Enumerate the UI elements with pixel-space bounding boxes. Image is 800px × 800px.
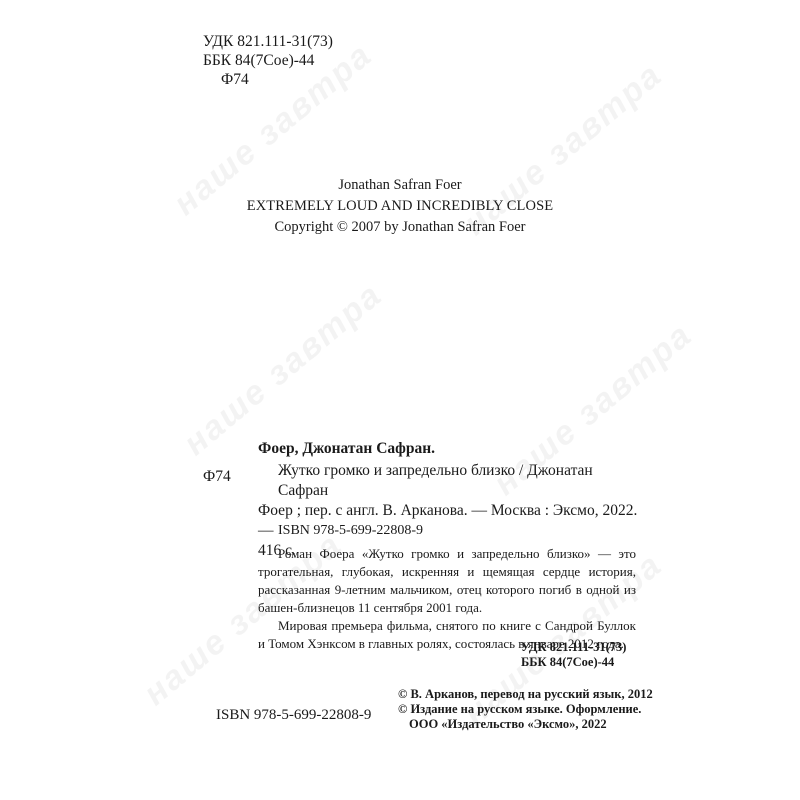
isbn-bottom: ISBN 978-5-699-22808-9 [216,707,371,724]
bbk-code: ББК 84(7Сое)-44 [521,655,626,670]
udk-code: УДК 821.111-31(73) [203,32,333,51]
original-author: Jonathan Safran Foer [0,175,800,196]
copyright-line: © В. Арканов, перевод на русский язык, 2… [398,687,653,702]
annotation-paragraph: Роман Фоера «Жутко громко и запредельно … [258,545,636,617]
catalog-isbn: ISBN 978-5-699-22808-9 [278,523,423,539]
catalog-heading: Фоер, Джонатан Сафран. [258,440,435,458]
bbk-code: ББК 84(7Сое)-44 [203,51,333,70]
copyright-line: ООО «Издательство «Эксмо», 2022 [398,717,653,732]
udk-code: УДК 821.111-31(73) [521,640,626,655]
original-title: EXTREMELY LOUD AND INCREDIBLY CLOSE [0,196,800,217]
copyright-line: © Издание на русском языке. Оформление. [398,702,653,717]
watermark: наше завтра [176,275,390,463]
catalog-line: Жутко громко и запредельно близко / Джон… [258,461,638,501]
original-copyright: Copyright © 2007 by Jonathan Safran Foer [0,217,800,238]
top-classification-codes: УДК 821.111-31(73) ББК 84(7Сое)-44 Ф74 [203,32,333,89]
bottom-classification-codes: УДК 821.111-31(73) ББК 84(7Сое)-44 [521,640,626,670]
copyright-notices: © В. Арканов, перевод на русский язык, 2… [398,687,653,732]
catalog-author-sign: Ф74 [203,468,231,486]
annotation: Роман Фоера «Жутко громко и запредельно … [258,545,636,653]
author-sign: Ф74 [203,70,333,89]
original-edition-info: Jonathan Safran Foer EXTREMELY LOUD AND … [0,175,800,238]
